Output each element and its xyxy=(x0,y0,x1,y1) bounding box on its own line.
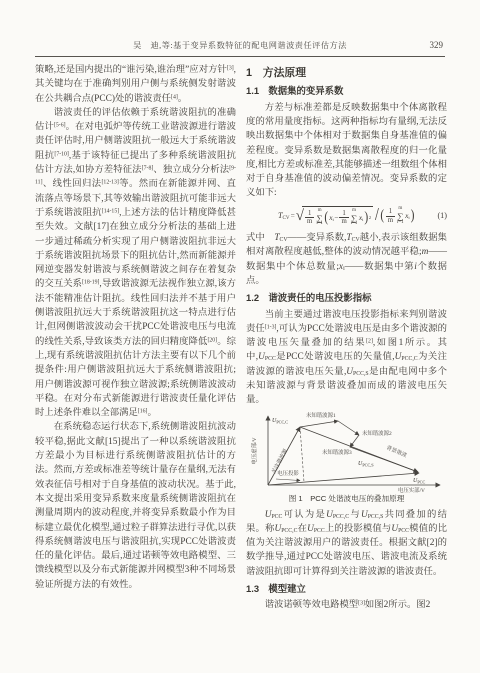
close-paren: ) xyxy=(411,208,415,226)
header-rule xyxy=(35,56,445,57)
sqrt-block: √ 1m m∑i=1 ( xi − 1m m∑i=1 xi )2 xyxy=(296,206,373,227)
paragraph: 谐波责任的评估依赖于系统谐波阻抗的准确估计[5-6]。在对电弧炉等传统工业谐波源… xyxy=(35,106,236,421)
page-number: 329 xyxy=(430,40,444,50)
x-axis-label: 电压实部/V xyxy=(398,486,425,493)
subsection-1-3-heading: 1.3 模型建立 xyxy=(246,583,447,595)
projection-label: 电压投影 xyxy=(277,469,299,477)
close-paren: ) xyxy=(364,209,368,227)
var-T-sub: CV xyxy=(283,215,290,221)
y-axis-label: 电压虚部/V xyxy=(250,437,258,464)
where-clause-paragraph: 式中 TCV——变异系数,TCV越小,表示该组数据集相对离散程度越低,整体的波动… xyxy=(246,231,447,288)
projection-arrow xyxy=(276,479,300,481)
paragraph: 方差与标准差都是反映数据集中个体离散程度的常用量度指标。这两种指标均有量纲,无法… xyxy=(246,101,447,201)
figure-1-diagram: 电压虚部/V 电压实部/V 关注谐波源 UPCC,C 未知谐波源1 未知谐波源2… xyxy=(248,411,446,493)
equals-sign: = xyxy=(291,209,295,223)
unknown-source-3-label: 未知谐波源3 xyxy=(322,448,352,456)
vector-unknown-3 xyxy=(350,435,359,447)
unknown-source-2-label: 未知谐波源2 xyxy=(362,429,392,437)
fraction: 1m xyxy=(305,210,314,227)
paragraph: 策略,还是国内提出的“谁污染,谁治理”应对方针[3],其关键均在于准确判别用户侧… xyxy=(35,63,236,106)
u-pcc-s-label: UPCC,S xyxy=(358,461,374,469)
var-x: xi xyxy=(329,211,334,225)
summation: m∑i=1 xyxy=(351,209,358,227)
var-x: xi xyxy=(405,209,410,223)
equation-1: TCV = √ 1m m∑i=1 ( xi − 1m m∑i=1 xi )2 xyxy=(246,206,447,227)
minus-sign: − xyxy=(334,211,338,225)
section-1-heading: 1 方法原理 xyxy=(246,67,447,80)
right-column: 1 方法原理 1.1 数据集的变异系数 方差与标准差都是反映数据集中个体离散程度… xyxy=(246,63,447,613)
subsection-1-2-heading: 1.2 谐波责任的电压投影指标 xyxy=(246,292,447,304)
vector-unknown-1 xyxy=(300,421,338,427)
var-x: xi xyxy=(359,211,364,225)
figure-1-caption: 图 1 PCC 处谐波电压的叠加原理 xyxy=(246,494,447,504)
u-pcc-label: UPCC xyxy=(413,478,425,485)
equation-lhs: TCV xyxy=(278,209,290,223)
content-columns: 策略,还是国内提出的“谁污染,谁治理”应对方针[3],其关键均在于准确判别用户侧… xyxy=(35,63,447,613)
subsection-1-1-heading: 1.1 数据集的变异系数 xyxy=(246,85,447,97)
divide-slash: / xyxy=(375,207,379,226)
after-figure-paragraph: UPCC可认为是UPCC,C与UPCC,S共同叠加的结果。称UPCC,C在UPC… xyxy=(246,508,447,579)
fraction: 1m xyxy=(339,210,348,227)
summation: m∑i=1 xyxy=(397,207,404,225)
background-harmonic-label: 背景谐波 xyxy=(385,443,409,459)
paper-page: 吴 迪,等:基于变异系数特征的配电网谐波责任评估方法 329 策略,还是国内提出… xyxy=(0,0,480,673)
paragraph: 在系统稳态运行状态下,系统侧谐波阻抗波动较平稳,据此文献[15]提出了一种以系统… xyxy=(35,420,236,592)
running-title: 吴 迪,等:基于变异系数特征的配电网谐波责任评估方法 xyxy=(35,40,445,51)
open-paren: ( xyxy=(324,209,328,227)
equation-number: (1) xyxy=(437,209,447,223)
summation: m∑i=1 xyxy=(316,209,323,227)
u-pcc-c-label: UPCC,C xyxy=(272,418,288,426)
journal-header: 吴 迪,等:基于变异系数特征的配电网谐波责任评估方法 329 xyxy=(35,40,445,54)
figure-1: 电压虚部/V 电压实部/V 关注谐波源 UPCC,C 未知谐波源1 未知谐波源2… xyxy=(246,411,447,504)
open-paren: ( xyxy=(380,208,384,226)
fraction: 1m xyxy=(386,208,395,225)
paragraph: 当前主要通过谐波电压投影指标来判别谐波责任[1-3],可认为PCC处谐波电压是由… xyxy=(246,308,447,408)
vector-unknown-2 xyxy=(338,421,359,435)
left-column: 策略,还是国内提出的“谁污染,谁治理”应对方针[3],其关键均在于准确判别用户侧… xyxy=(35,63,236,613)
projection-dashed-line xyxy=(300,427,304,482)
model-paragraph: 谐波诺顿等效电路模型[3]如图2所示。图2 xyxy=(246,598,447,612)
unknown-source-1-label: 未知谐波源1 xyxy=(306,411,336,419)
